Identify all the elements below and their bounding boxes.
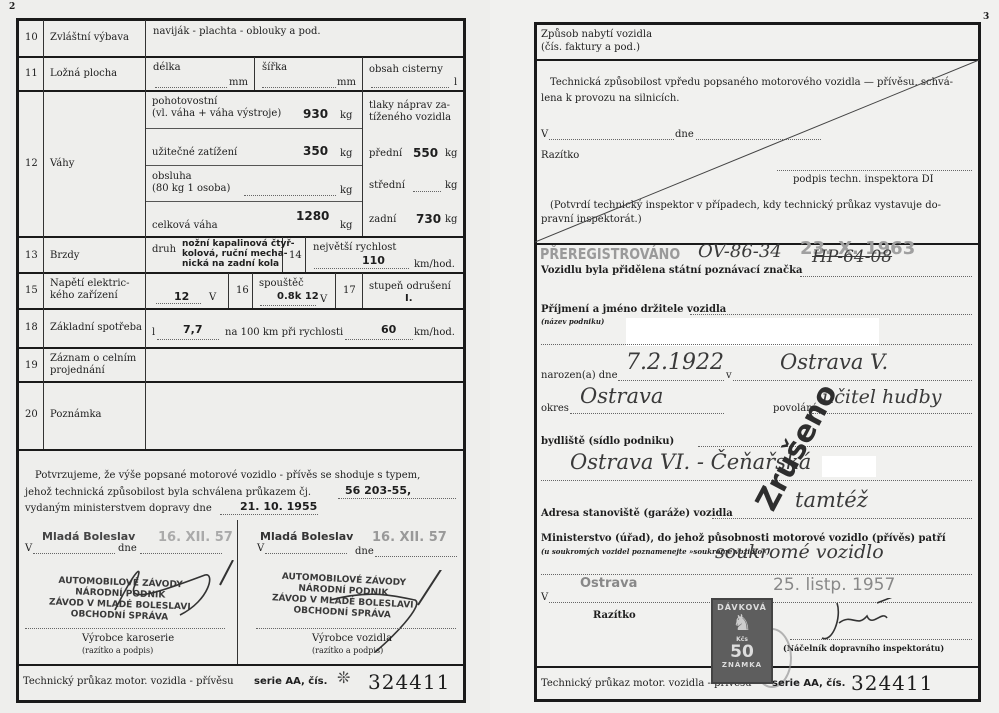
interference-value: I. xyxy=(405,293,413,305)
plate-label: Vozidlu byla přidělena státní poznávací … xyxy=(541,265,802,277)
length-unit: mm xyxy=(229,77,248,89)
brake-type-value-1: nožní kapalinová čtyř- xyxy=(182,239,295,249)
row-10-label: Zvláštní výbava xyxy=(50,32,129,44)
residence-label: bydliště (sídlo podniku) xyxy=(541,436,674,448)
consumption-prefix: l xyxy=(152,327,155,339)
rear-axle-value: 730 xyxy=(416,213,441,225)
middle-axle-label: střední xyxy=(369,180,405,192)
consumption-value: 7,7 xyxy=(183,324,203,336)
row-16-number: 16 xyxy=(236,285,249,297)
page-number: 3 xyxy=(983,12,989,22)
approval-date: 21. 10. 1955 xyxy=(240,501,317,513)
acquisition-label-1: Způsob nabytí vozidla xyxy=(541,29,652,41)
brake-type-value-2: kolová, ruční mecha- xyxy=(182,249,288,259)
row-18-number: 18 xyxy=(25,322,38,334)
ornament-icon: ❊ xyxy=(337,672,350,684)
starter-value: 0.8k 12 xyxy=(277,291,319,303)
body-maker-role: Výrobce karoserie xyxy=(82,633,174,645)
ready-weight-label: pohotovostní xyxy=(152,96,217,108)
garage-value: tamtéž xyxy=(795,488,868,512)
chief-signature-label: (Náčelník dopravního inspektorátu) xyxy=(783,642,944,654)
body-maker-date-label: dne xyxy=(118,543,137,555)
district-value: Ostrava xyxy=(580,384,663,408)
row-19-label-2: projednání xyxy=(50,365,105,377)
birth-date-value: 7.2.1922 xyxy=(626,350,724,375)
rear-axle-unit: kg xyxy=(445,214,457,226)
row-11-number: 11 xyxy=(25,68,38,80)
vehicle-maker-role: Výrobce vozidla xyxy=(312,633,392,645)
old-plate-number: HP-64-08 xyxy=(812,247,892,267)
front-axle-unit: kg xyxy=(445,148,457,160)
row-20-number: 20 xyxy=(25,409,38,421)
max-speed-label: největší rychlost xyxy=(313,242,396,254)
confirmation-line-3: vydaným ministerstvem dopravy dne xyxy=(25,503,212,515)
district-label: okres xyxy=(541,403,569,415)
vehicle-maker-place-label: V xyxy=(257,543,264,555)
front-axle-label: přední xyxy=(369,148,402,160)
row-19-label-1: Záznam o celním xyxy=(50,353,136,365)
tax-stamp: DÁVKOVÁ ♞ Kčs 50 ZNÁMKA xyxy=(711,598,773,684)
page-number: 2 xyxy=(9,2,15,12)
width-label: šířka xyxy=(262,62,287,74)
chief-signature xyxy=(817,598,897,648)
issue-stamp-label: Razítko xyxy=(593,610,636,622)
row-15-label-1: Napětí elektric- xyxy=(50,278,130,290)
confirmation-line-1: Potvrzujeme, že výše popsané motorové vo… xyxy=(35,470,420,482)
redacted-address xyxy=(822,456,876,477)
payload-value: 350 xyxy=(303,145,328,157)
vehicle-maker-date-stamp: 16. XII. 57 xyxy=(372,530,447,545)
payload-unit: kg xyxy=(340,148,352,160)
tank-unit: l xyxy=(454,77,457,89)
ready-weight-value: 930 xyxy=(303,108,328,120)
max-speed-value: 110 xyxy=(362,255,385,267)
birth-place-value: Ostrava V. xyxy=(780,350,888,374)
crew-sublabel: (80 kg 1 osoba) xyxy=(152,183,230,195)
total-weight-value: 1280 xyxy=(296,210,329,222)
issue-place-label: V xyxy=(541,592,548,604)
brake-type-value-3: nická na zadní kola xyxy=(182,259,279,269)
consumption-unit: km/hod. xyxy=(414,327,455,339)
cross-out-line xyxy=(535,60,980,243)
tax-stamp-bottom: ZNÁMKA xyxy=(713,661,771,669)
row-15-label-2: kého zařízení xyxy=(50,290,118,302)
payload-label: užitečné zatížení xyxy=(152,147,237,159)
row-18-label: Základní spotřeba xyxy=(50,322,142,334)
new-plate-number: OV-86-34 xyxy=(698,241,782,262)
row-13-label: Brzdy xyxy=(50,250,79,262)
axle-load-label: tlaky náprav za- xyxy=(369,100,450,112)
left-page: 2 10 Zvláštní výbava naviják - plachta -… xyxy=(0,0,490,713)
consumption-text: na 100 km při rychlosti xyxy=(225,327,343,339)
total-weight-unit: kg xyxy=(340,220,352,232)
row-14-number: 14 xyxy=(289,250,302,262)
acquisition-label-2: (čís. faktury a pod.) xyxy=(541,42,640,54)
interference-label: stupeň odrušení xyxy=(369,281,451,293)
crew-unit: kg xyxy=(340,185,352,197)
tax-stamp-value: 50 xyxy=(713,643,771,661)
consumption-speed: 60 xyxy=(381,324,396,336)
row-13-number: 13 xyxy=(25,250,38,262)
reregistered-stamp: PŘEREGISTROVÁNO xyxy=(540,245,680,263)
length-label: délka xyxy=(153,62,181,74)
row-17-number: 17 xyxy=(343,285,356,297)
brake-type-label: druh xyxy=(152,244,176,256)
width-unit: mm xyxy=(337,77,356,89)
footer-serie: serie AA, čís. xyxy=(772,678,845,690)
redacted-name xyxy=(626,318,879,346)
ministry-value: soukromé vozidlo xyxy=(715,541,884,563)
garage-label: Adresa stanoviště (garáže) vozidla xyxy=(541,508,733,520)
vehicle-maker-note: (razítko a podpis) xyxy=(312,645,383,657)
total-weight-label: celková váha xyxy=(152,220,218,232)
crew-label: obsluha xyxy=(152,171,192,183)
confirmation-line-2: jehož technická způsobilost byla schvále… xyxy=(25,487,311,499)
voltage-value: 12 xyxy=(174,291,189,303)
birth-place-label: v xyxy=(726,370,732,382)
body-maker-place-stamp: Mladá Boleslav xyxy=(42,530,135,543)
special-equipment-value: naviják - plachta - oblouky a pod. xyxy=(153,26,321,38)
body-maker-place-label: V xyxy=(25,543,32,555)
starter-unit: V xyxy=(320,294,327,306)
serial-number: 324411 xyxy=(851,671,933,695)
footer-serie: serie AA, čís. xyxy=(254,676,327,688)
issue-date-stamp: 25. listp. 1957 xyxy=(773,575,895,595)
serial-number: 324411 xyxy=(368,670,450,694)
vehicle-maker-date-label: dne xyxy=(355,546,374,558)
ready-weight-sublabel: (vl. váha + váha výstroje) xyxy=(152,108,281,120)
tank-capacity-label: obsah cisterny xyxy=(369,64,443,76)
approval-number: 56 203-55, xyxy=(345,485,411,497)
row-15-number: 15 xyxy=(25,285,38,297)
row-19-number: 19 xyxy=(25,360,38,372)
row-10-number: 10 xyxy=(25,32,38,44)
front-axle-value: 550 xyxy=(413,147,438,159)
row-12-number: 12 xyxy=(25,158,38,170)
row-20-label: Poznámka xyxy=(50,409,102,421)
footer-text: Technický průkaz motor. vozidla - přívěs… xyxy=(23,676,234,688)
rear-axle-label: zadní xyxy=(369,214,396,226)
vehicle-maker-place-stamp: Mladá Boleslav xyxy=(260,530,353,543)
holder-name-sublabel: (název podniku) xyxy=(541,316,604,328)
birth-date-label: narozen(a) dne xyxy=(541,370,618,382)
axle-load-label-2: tíženého vozidla xyxy=(369,112,451,124)
starter-label: spouštěč xyxy=(259,278,304,290)
max-speed-unit: km/hod. xyxy=(414,259,455,271)
ready-weight-unit: kg xyxy=(340,110,352,122)
voltage-unit: V xyxy=(209,292,216,304)
body-maker-signature xyxy=(95,560,235,630)
row-11-label: Ložná plocha xyxy=(50,68,117,80)
issue-place-stamp: Ostrava xyxy=(580,576,637,591)
body-maker-note: (razítko a podpis) xyxy=(82,645,153,657)
middle-axle-unit: kg xyxy=(445,180,457,192)
row-12-label: Váhy xyxy=(50,158,74,170)
lion-emblem-icon: ♞ xyxy=(713,612,771,636)
body-maker-date-stamp: 16. XII. 57 xyxy=(158,530,233,545)
